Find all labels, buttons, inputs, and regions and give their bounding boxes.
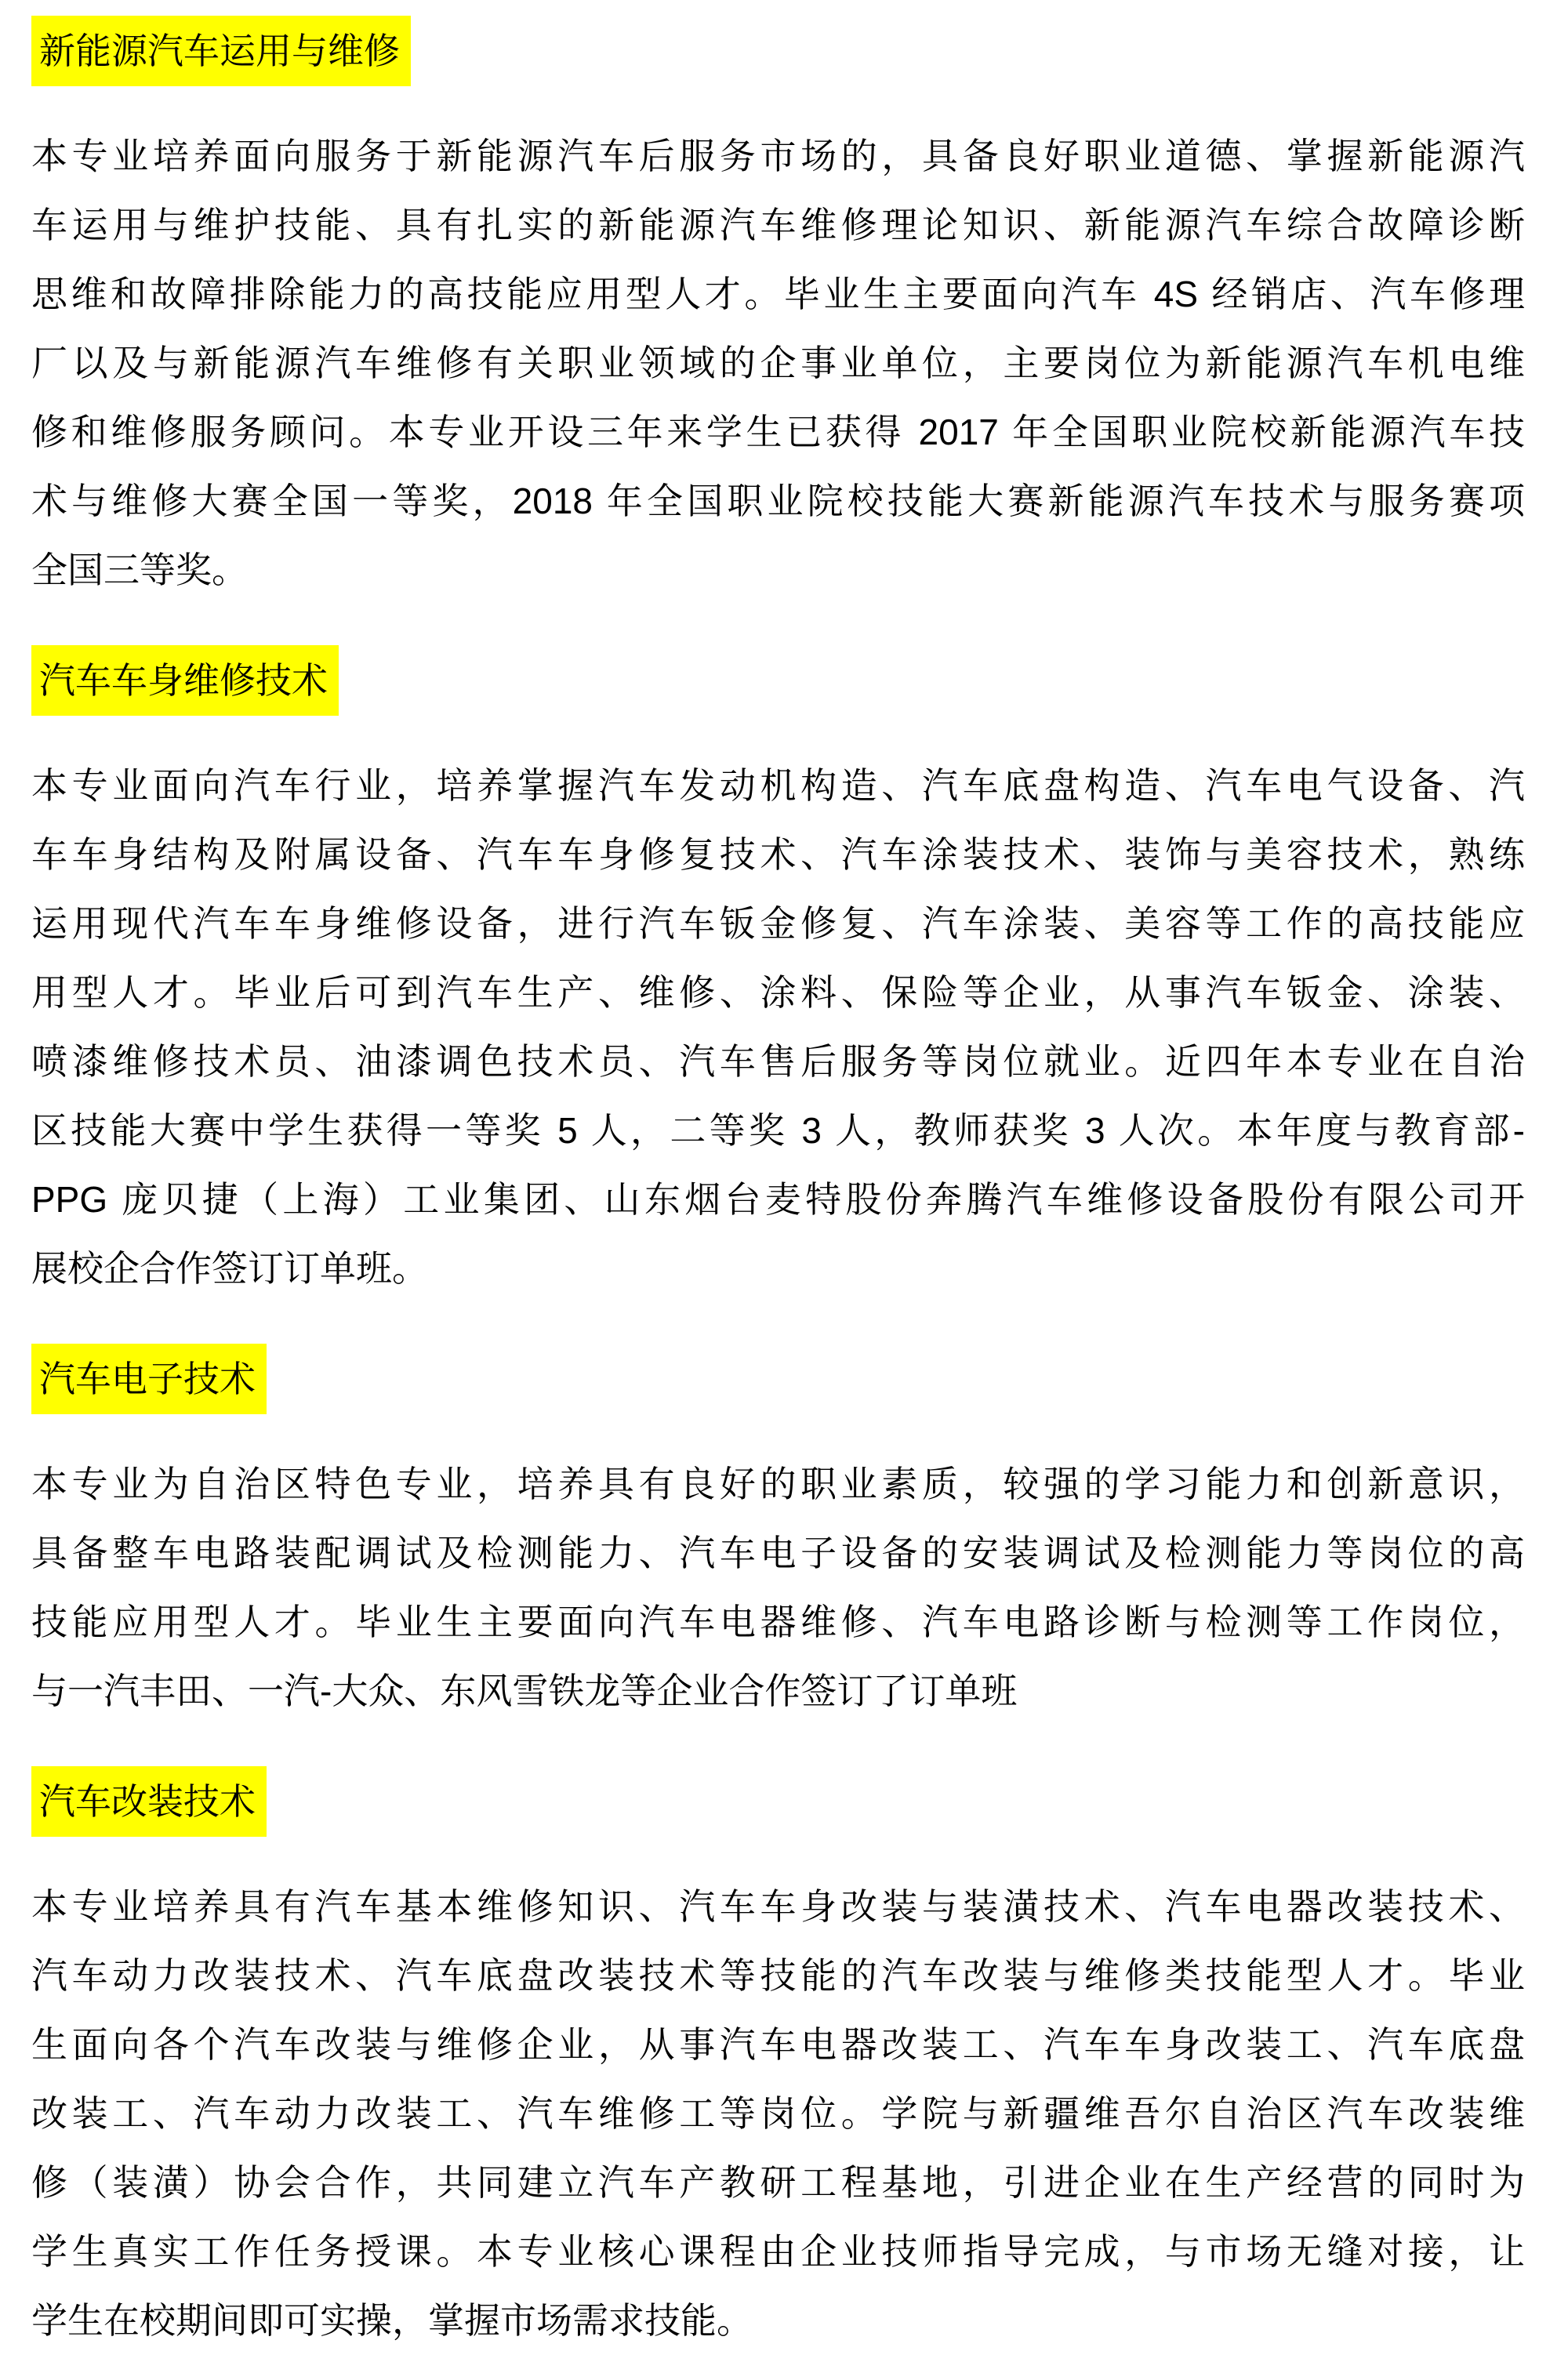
text-line: 技能应用型人才。毕业生主要面向汽车电器维修、汽车电路诊断与检测等工作岗位， [31,1587,1525,1656]
section-heading-3: 汽车电子技术 [31,1344,1525,1414]
section-paragraph-2: 本专业面向汽车行业，培养掌握汽车发动机构造、汽车底盘构造、汽车电气设备、汽车车身… [31,751,1525,1303]
text-line: 本专业培养具有汽车基本维修知识、汽车车身改装与装潢技术、汽车电器改装技术、 [31,1872,1525,1941]
text-line: PPG 庞贝捷（上海）工业集团、山东烟台麦特股份奔腾汽车维修设备股份有限公司开 [31,1165,1525,1234]
text-line: 与一汽丰田、一汽-大众、东风雪铁龙等企业合作签订了订单班 [31,1656,1525,1725]
text-line: 本专业培养面向服务于新能源汽车后服务市场的，具备良好职业道德、掌握新能源汽 [31,122,1525,190]
text-line: 用型人才。毕业后可到汽车生产、维修、涂料、保险等企业，从事汽车钣金、涂装、 [31,958,1525,1027]
section-heading-highlight: 新能源汽车运用与维修 [31,16,411,86]
text-line: 喷漆维修技术员、油漆调色技术员、汽车售后服务等岗位就业。近四年本专业在自治 [31,1027,1525,1096]
text-line: 学生真实工作任务授课。本专业核心课程由企业技师指导完成，与市场无缝对接，让 [31,2217,1525,2286]
text-line: 术与维修大赛全国一等奖，2018 年全国职业院校技能大赛新能源汽车技术与服务赛项 [31,466,1525,535]
section-heading-2: 汽车车身维修技术 [31,645,1525,716]
section-paragraph-1: 本专业培养面向服务于新能源汽车后服务市场的，具备良好职业道德、掌握新能源汽车运用… [31,122,1525,604]
text-line: 车车身结构及附属设备、汽车车身修复技术、汽车涂装技术、装饰与美容技术，熟练 [31,820,1525,889]
document: 新能源汽车运用与维修本专业培养面向服务于新能源汽车后服务市场的，具备良好职业道德… [0,0,1568,2355]
text-line: 区技能大赛中学生获得一等奖 5 人，二等奖 3 人，教师获奖 3 人次。本年度与… [31,1096,1525,1165]
section-heading-highlight: 汽车车身维修技术 [31,645,339,716]
text-line: 学生在校期间即可实操，掌握市场需求技能。 [31,2286,1525,2355]
text-line: 思维和故障排除能力的高技能应用型人才。毕业生主要面向汽车 4S 经销店、汽车修理 [31,259,1525,328]
text-line: 修（装潢）协会合作，共同建立汽车产教研工程基地，引进企业在生产经营的同时为 [31,2148,1525,2217]
section-heading-highlight: 汽车改装技术 [31,1766,267,1837]
text-line: 具备整车电路装配调试及检测能力、汽车电子设备的安装调试及检测能力等岗位的高 [31,1518,1525,1587]
text-line: 展校企合作签订订单班。 [31,1234,1525,1303]
section-heading-1: 新能源汽车运用与维修 [31,16,1525,86]
text-line: 改装工、汽车动力改装工、汽车维修工等岗位。学院与新疆维吾尔自治区汽车改装维 [31,2079,1525,2148]
section-heading-highlight: 汽车电子技术 [31,1344,267,1414]
text-line: 汽车动力改装技术、汽车底盘改装技术等技能的汽车改装与维修类技能型人才。毕业 [31,1941,1525,2010]
section-paragraph-4: 本专业培养具有汽车基本维修知识、汽车车身改装与装潢技术、汽车电器改装技术、汽车动… [31,1872,1525,2355]
section-heading-4: 汽车改装技术 [31,1766,1525,1837]
section-paragraph-3: 本专业为自治区特色专业，培养具有良好的职业素质，较强的学习能力和创新意识，具备整… [31,1449,1525,1725]
text-line: 修和维修服务顾问。本专业开设三年来学生已获得 2017 年全国职业院校新能源汽车… [31,397,1525,466]
text-line: 本专业面向汽车行业，培养掌握汽车发动机构造、汽车底盘构造、汽车电气设备、汽 [31,751,1525,820]
text-line: 车运用与维护技能、具有扎实的新能源汽车维修理论知识、新能源汽车综合故障诊断 [31,190,1525,259]
text-line: 厂以及与新能源汽车维修有关职业领域的企事业单位，主要岗位为新能源汽车机电维 [31,328,1525,397]
text-line: 运用现代汽车车身维修设备，进行汽车钣金修复、汽车涂装、美容等工作的高技能应 [31,889,1525,958]
text-line: 全国三等奖。 [31,535,1525,604]
text-line: 本专业为自治区特色专业，培养具有良好的职业素质，较强的学习能力和创新意识， [31,1449,1525,1518]
text-line: 生面向各个汽车改装与维修企业，从事汽车电器改装工、汽车车身改装工、汽车底盘 [31,2010,1525,2079]
